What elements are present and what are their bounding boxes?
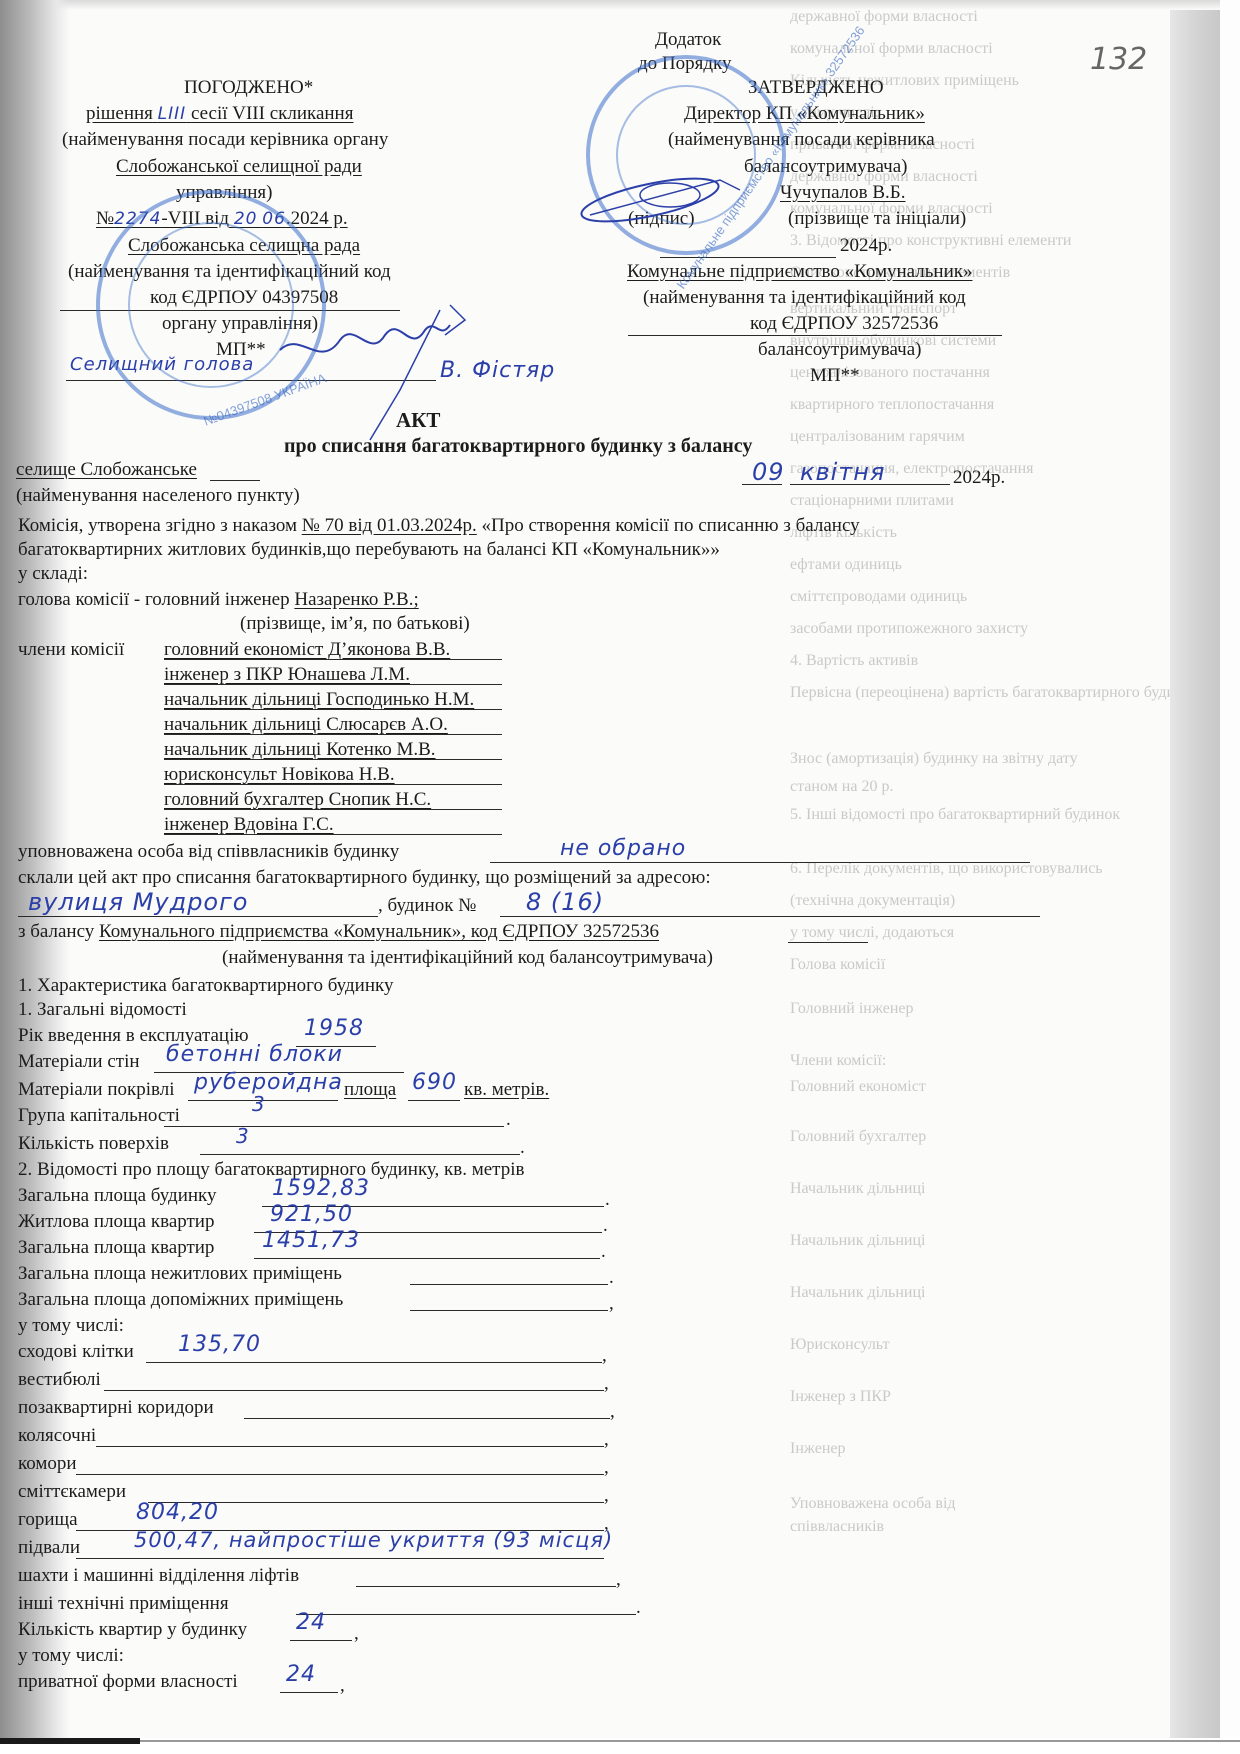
approved-signer-name: Чучупалов В.Б. bbox=[780, 183, 905, 202]
floors-label: Кількість поверхів bbox=[18, 1134, 169, 1153]
roof-area-label: площа bbox=[344, 1080, 396, 1099]
floors-underline bbox=[200, 1154, 520, 1155]
period: . bbox=[506, 1110, 511, 1129]
roof-area-underline bbox=[408, 1100, 460, 1101]
settlement-name: селище Слобожанське bbox=[16, 460, 197, 479]
comma: , bbox=[354, 1624, 359, 1643]
scan-top-shadow bbox=[0, 0, 1240, 10]
aux-room-label: сміттєкамери bbox=[18, 1482, 126, 1501]
capital-underline bbox=[164, 1126, 504, 1127]
roof-area-unit: кв. метрів. bbox=[464, 1080, 549, 1099]
comma: , bbox=[602, 1346, 607, 1365]
act-subtitle: про списання багатоквартирного будинку з… bbox=[284, 436, 752, 456]
aux-room-label: горища bbox=[18, 1510, 78, 1529]
scan-page-edge bbox=[1170, 10, 1220, 1754]
building-label: , будинок № bbox=[378, 896, 476, 915]
year-handwritten: 1958 bbox=[304, 1018, 364, 1040]
area-label: Житлова площа квартир bbox=[18, 1212, 214, 1231]
comma: , bbox=[604, 1374, 609, 1393]
authorized-label: уповноважена особа від співвласників буд… bbox=[18, 842, 399, 861]
number-sign: № bbox=[96, 208, 114, 229]
member-item: начальник дільниці Котенко М.В. bbox=[164, 740, 436, 759]
general-heading: 1. Загальні відомості bbox=[18, 1000, 187, 1019]
walls-handwritten: бетонні блоки bbox=[166, 1044, 343, 1066]
balance-prefix: з балансу bbox=[18, 921, 94, 942]
aux-room-underline bbox=[146, 1362, 602, 1363]
appendix-label: Додаток bbox=[655, 30, 721, 49]
private-label: приватної форми власності bbox=[18, 1672, 238, 1691]
building-underline bbox=[500, 916, 1040, 917]
area-value-handwritten: 921,50 bbox=[270, 1204, 353, 1226]
member-item: начальник дільниці Слюсарєв А.О. bbox=[164, 715, 448, 734]
authorized-underline bbox=[490, 862, 1030, 863]
date-underline bbox=[660, 257, 836, 258]
walls-label: Матеріали стін bbox=[18, 1052, 140, 1071]
member-item: головний економіст Д’яконова В.В. bbox=[164, 640, 450, 659]
aux-room-underline bbox=[104, 1390, 604, 1391]
area-label: Загальна площа квартир bbox=[18, 1238, 214, 1257]
member-item: інженер з ПКР Юнашева Л.М. bbox=[164, 665, 410, 684]
commission-intro-line1: Комісія, утворена згідно з наказом № 70 … bbox=[18, 516, 860, 535]
chair-label: голова комісії - головний інженер bbox=[18, 589, 290, 610]
street-underline bbox=[18, 916, 378, 917]
aux-room-label: інші технічні приміщення bbox=[18, 1594, 229, 1613]
comma: , bbox=[610, 1402, 615, 1421]
comma: , bbox=[340, 1676, 345, 1695]
street-handwritten: вулиця Мудрого bbox=[28, 890, 248, 914]
period: . bbox=[520, 1138, 525, 1157]
scanned-document-page: державної форми власності комунальної фо… bbox=[0, 0, 1240, 1754]
including-label: у тому числі: bbox=[18, 1316, 124, 1335]
member-underline bbox=[164, 659, 502, 660]
decision-session-handwritten: LIII bbox=[158, 104, 187, 124]
comma: , bbox=[604, 1458, 609, 1477]
member-item: юрисконсульт Новікова Н.В. bbox=[164, 765, 395, 784]
aux-room-label: вестибюлі bbox=[18, 1370, 101, 1389]
aux-room-label: колясочні bbox=[18, 1426, 96, 1445]
area-end: . bbox=[605, 1190, 610, 1209]
balance-underline bbox=[788, 942, 868, 943]
member-underline bbox=[164, 809, 502, 810]
decision-line: рішення LIII сесії VIII скликання bbox=[86, 104, 353, 123]
member-underline bbox=[164, 684, 502, 685]
balance-line: з балансу Комунального підприємства «Ком… bbox=[18, 922, 659, 941]
capital-label: Група капітальності bbox=[18, 1106, 180, 1125]
member-item: головний бухгалтер Снопик Н.С. bbox=[164, 790, 431, 809]
area-label: Загальна площа будинку bbox=[18, 1186, 217, 1205]
chair-line: голова комісії - головний інженер Назаре… bbox=[18, 590, 419, 609]
balance-holder: Комунального підприємства «Комунальник»,… bbox=[99, 921, 659, 942]
approved-seal-label: МП** bbox=[810, 366, 860, 385]
area-value-handwritten: 1451,73 bbox=[262, 1230, 360, 1252]
aux-room-value-handwritten: 500,47, найпростіше укриття (93 місця) bbox=[134, 1530, 613, 1551]
aux-room-underline bbox=[96, 1446, 604, 1447]
apartments-label: Кількість квартир у будинку bbox=[18, 1620, 247, 1639]
commission-intro-text: Комісія, утворена згідно з наказом bbox=[18, 515, 297, 536]
composition-label: у складі: bbox=[18, 564, 88, 583]
member-underline bbox=[164, 709, 502, 710]
approved-edrpou-underline bbox=[628, 335, 1002, 336]
period: . bbox=[636, 1598, 641, 1617]
settlement-underline bbox=[210, 480, 260, 481]
act-month-handwritten: квітня bbox=[800, 460, 885, 484]
page-number-handwritten: 132 bbox=[1090, 42, 1147, 77]
area-underline bbox=[410, 1284, 608, 1285]
act-title: АКТ bbox=[396, 410, 440, 431]
area-underline bbox=[410, 1310, 608, 1311]
aux-room-label: позаквартирні коридори bbox=[18, 1398, 214, 1417]
chair-name: Назаренко Р.В.; bbox=[294, 589, 418, 610]
decision-suffix: сесії VIII скликання bbox=[191, 103, 354, 124]
act-day-handwritten: 09 bbox=[752, 460, 785, 484]
scan-bottom-edge bbox=[0, 1738, 1240, 1754]
aux-room-underline bbox=[244, 1418, 610, 1419]
holder-caption: балансоутримувача) bbox=[758, 340, 922, 359]
aux-room-label: підвали bbox=[18, 1538, 80, 1557]
member-underline bbox=[164, 734, 502, 735]
member-underline bbox=[164, 784, 502, 785]
organ-name: Слобожанської селищної ради bbox=[116, 157, 362, 176]
approved-edrpou: код ЄДРПОУ 32572536 bbox=[750, 314, 938, 333]
aux-room-label: комори bbox=[18, 1454, 77, 1473]
private-handwritten: 24 bbox=[286, 1664, 316, 1686]
signature-scribble-left bbox=[260, 290, 490, 450]
private-underline bbox=[280, 1692, 338, 1693]
aux-room-label: сходові клітки bbox=[18, 1342, 134, 1361]
area-end: , bbox=[609, 1294, 614, 1313]
chair-caption: (прізвище, ім’я, по батькові) bbox=[240, 614, 470, 633]
area-value-handwritten: 1592,83 bbox=[272, 1178, 370, 1200]
settlement-caption: (найменування населеного пункту) bbox=[16, 486, 300, 505]
comma: , bbox=[604, 1486, 609, 1505]
area-label: Загальна площа допоміжних приміщень bbox=[18, 1290, 343, 1309]
area-end: . bbox=[609, 1268, 614, 1287]
balance-caption: (найменування та ідентифікаційний код ба… bbox=[222, 948, 713, 967]
building-number-handwritten: 8 (16) bbox=[526, 890, 604, 914]
roof-label: Матеріали покрівлі bbox=[18, 1080, 175, 1099]
aux-room-underline bbox=[76, 1474, 604, 1475]
position-caption: (найменування посади керівника органу bbox=[62, 130, 388, 149]
aux-room-underline bbox=[296, 1614, 636, 1615]
act-date-year: 2024р. bbox=[953, 468, 1005, 487]
roof-area-handwritten: 690 bbox=[412, 1072, 457, 1094]
commission-intro-line2: багатоквартирних житлових будинків,що пе… bbox=[18, 540, 720, 559]
floors-handwritten: 3 bbox=[236, 1126, 250, 1146]
scan-margin bbox=[1220, 0, 1240, 1754]
area-underline bbox=[254, 1258, 600, 1259]
order-reference: № 70 від 01.03.2024р. bbox=[302, 515, 477, 536]
member-underline bbox=[164, 759, 502, 760]
members-label: члени комісії bbox=[18, 640, 124, 659]
aux-room-underline bbox=[356, 1586, 616, 1587]
area-label: Загальна площа нежитлових приміщень bbox=[18, 1264, 342, 1283]
roof-handwritten: руберойдна bbox=[194, 1072, 343, 1094]
capital-handwritten: 3 bbox=[252, 1094, 266, 1114]
signature-scribble-right bbox=[570, 160, 770, 240]
member-underline bbox=[164, 834, 502, 835]
including-label-2: у тому числі: bbox=[18, 1646, 124, 1665]
approved-date-year: 2024р. bbox=[840, 236, 892, 255]
name-caption: (прізвище та ініціали) bbox=[788, 209, 966, 228]
aux-room-underline bbox=[76, 1558, 604, 1559]
apartments-underline bbox=[290, 1640, 352, 1641]
area-end: . bbox=[601, 1242, 606, 1261]
member-item: начальник дільниці Господинько Н.М. bbox=[164, 690, 474, 709]
drew-up-text: склали цей акт про списання багатокварти… bbox=[18, 868, 711, 887]
area-end: . bbox=[603, 1216, 608, 1235]
apartments-handwritten: 24 bbox=[296, 1612, 326, 1634]
member-item: інженер Вдовіна Г.С. bbox=[164, 815, 334, 834]
approved-id-caption: (найменування та ідентифікаційний код bbox=[643, 288, 966, 307]
aux-room-value-handwritten: 135,70 bbox=[178, 1334, 261, 1356]
agreed-title: ПОГОДЖЕНО* bbox=[184, 78, 313, 97]
decision-prefix: рішення bbox=[86, 103, 153, 124]
comma: , bbox=[604, 1430, 609, 1449]
aux-room-label: шахти і машинні відділення ліфтів bbox=[18, 1566, 299, 1585]
characteristics-heading: 1. Характеристика багатоквартирного буди… bbox=[18, 976, 393, 995]
authorized-value-handwritten: не обрано bbox=[560, 838, 686, 860]
comma: , bbox=[616, 1570, 621, 1589]
order-title: «Про створення комісії по списанню з бал… bbox=[482, 515, 860, 536]
aux-room-value-handwritten: 804,20 bbox=[136, 1502, 219, 1524]
